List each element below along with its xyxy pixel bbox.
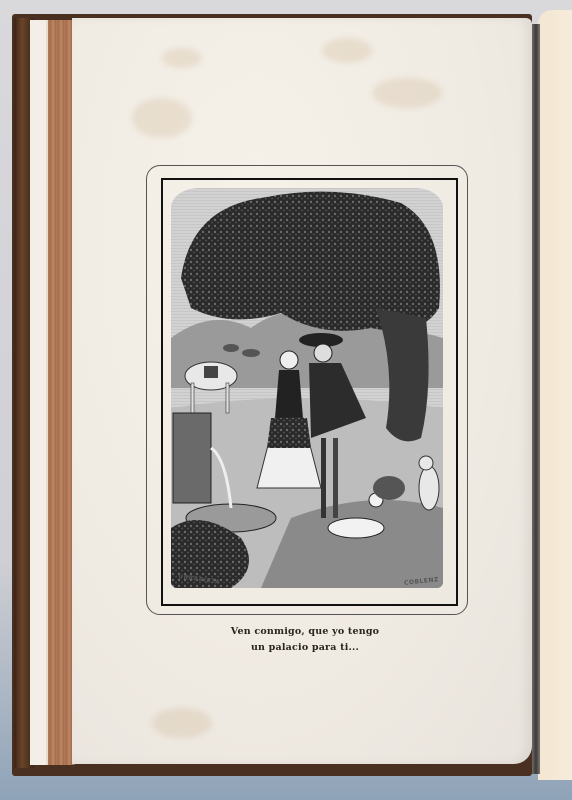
page-gutter <box>532 24 540 774</box>
binding-band <box>46 20 75 765</box>
foxing-stain <box>162 48 202 68</box>
book-photo: URRABIETA COBLENZ Ven conmigo, que yo te… <box>0 0 572 800</box>
foxing-stain <box>132 98 192 138</box>
facing-page <box>538 10 572 780</box>
engraving-illustration <box>171 188 443 588</box>
foxing-stain <box>152 708 212 738</box>
oak-tree-canopy <box>181 192 440 331</box>
foxing-stain <box>372 78 442 108</box>
plate-caption: Ven conmigo, que yo tengo un palacio par… <box>200 624 410 656</box>
caption-line-2: un palacio para ti... <box>200 640 410 656</box>
engraving-scene <box>171 188 443 588</box>
foxing-stain <box>322 38 372 63</box>
caption-line-1: Ven conmigo, que yo tengo <box>200 624 410 640</box>
